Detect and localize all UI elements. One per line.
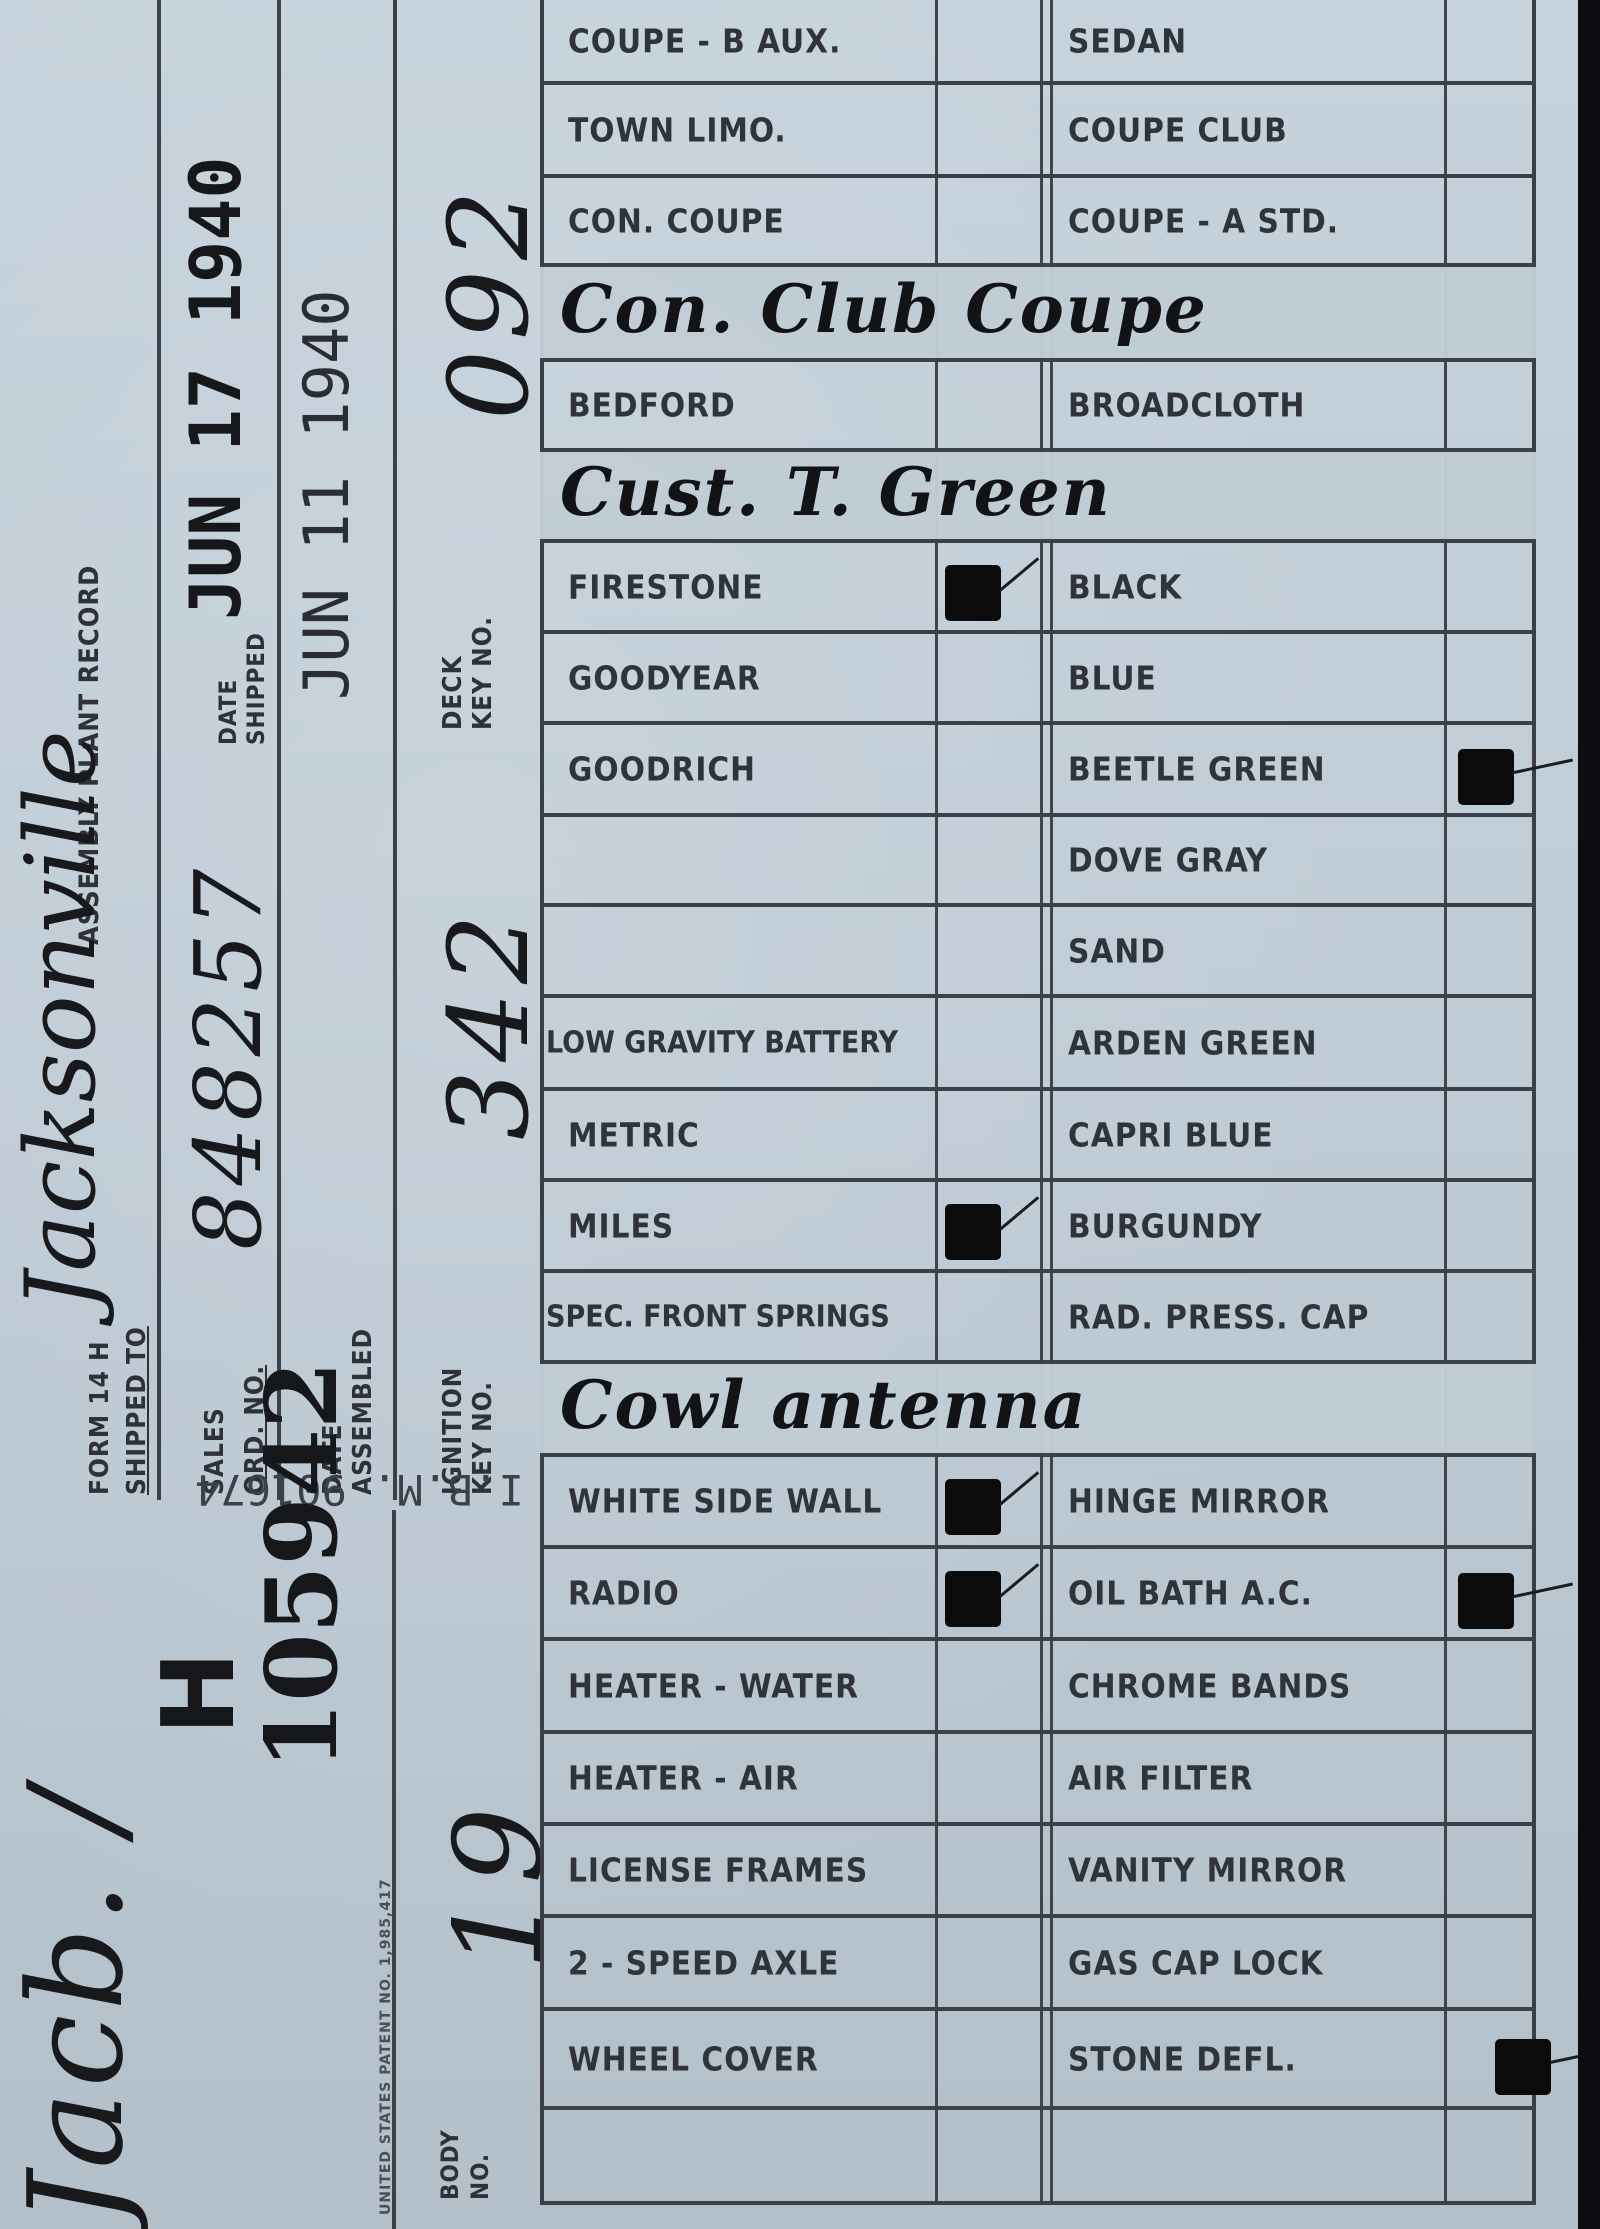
form-number-label: FORM 14 H — [85, 1340, 115, 1495]
handwritten-entry: Cust. T. Green — [560, 453, 1112, 531]
right-option-label: BEETLE GREEN — [1068, 750, 1326, 789]
handwritten-entry: Con. Club Coupe — [560, 270, 1208, 348]
left-option-label: LOW GRAVITY BATTERY — [546, 1025, 898, 1060]
left-option-label: COUPE - B AUX. — [568, 21, 841, 60]
left-option-label: SPEC. FRONT SPRINGS — [546, 1299, 890, 1334]
handwritten-note: Jacb. / — [0, 1785, 152, 2225]
left-option-label: LICENSE FRAMES — [568, 1851, 868, 1890]
deck-key-label: DECKKEY NO. — [438, 616, 498, 730]
option-row: 2 - SPEED AXLEGAS CAP LOCK — [540, 1918, 1536, 2011]
right-option-label: BLUE — [1068, 658, 1157, 697]
left-option-label: TOWN LIMO. — [568, 110, 787, 149]
option-row: Cowl antenna — [540, 1364, 1536, 1457]
card-edge-shadow — [1578, 0, 1600, 2229]
right-option-label: OIL BATH A.C. — [1068, 1574, 1313, 1613]
right-option-label: COUPE - A STD. — [1068, 201, 1339, 240]
right-option-label: BLACK — [1068, 567, 1182, 606]
option-row: HEATER - WATERCHROME BANDS — [540, 1641, 1536, 1734]
left-check-mark[interactable] — [945, 1571, 1001, 1627]
left-check-mark[interactable] — [945, 1479, 1001, 1535]
right-check-mark[interactable] — [1495, 2039, 1551, 2095]
deck-key-value-part1: 342 — [425, 906, 553, 1140]
option-row: BEDFORDBROADCLOTH — [540, 362, 1536, 452]
check-tick-line — [999, 557, 1039, 591]
option-row: HEATER - AIRAIR FILTER — [540, 1734, 1536, 1826]
options-grid: COUPE - B AUX.SEDANTOWN LIMO.COUPE CLUBC… — [540, 0, 1536, 2205]
right-option-label: BROADCLOTH — [1068, 386, 1305, 425]
left-option-label: BEDFORD — [568, 386, 736, 425]
serial-number: 105942 — [245, 1361, 360, 1770]
option-row: DOVE GRAY — [540, 817, 1536, 907]
right-option-label: STONE DEFL. — [1068, 2039, 1297, 2078]
option-row: METRICCAPRI BLUE — [540, 1091, 1536, 1182]
shipped-to-label: SHIPPED TO — [122, 1326, 152, 1495]
check-tick-line — [999, 1196, 1039, 1230]
left-option-label: FIRESTONE — [568, 567, 763, 606]
left-option-label: HEATER - AIR — [568, 1759, 799, 1798]
date-shipped-label: DATESHIPPED — [214, 632, 270, 745]
option-row: SPEC. FRONT SPRINGSRAD. PRESS. CAP — [540, 1273, 1536, 1364]
left-option-label: WHITE SIDE WALL — [568, 1482, 882, 1521]
left-option-label: GOODRICH — [568, 750, 756, 789]
header-divider-3 — [393, 0, 397, 1500]
option-row: GOODRICHBEETLE GREEN — [540, 725, 1536, 817]
right-option-label: SAND — [1068, 931, 1166, 970]
option-row: TOWN LIMO.COUPE CLUB — [540, 85, 1536, 178]
header-divider-1 — [157, 0, 161, 1500]
option-row: FIRESTONEBLACK — [540, 543, 1536, 634]
check-tick-line — [999, 1563, 1039, 1597]
left-option-label: METRIC — [568, 1115, 700, 1154]
option-row: RADIOOIL BATH A.C. — [540, 1549, 1536, 1641]
option-row: SAND — [540, 907, 1536, 998]
left-option-label: HEATER - WATER — [568, 1666, 859, 1705]
serial-prefix: H — [140, 1651, 257, 1735]
patent-notice: UNITED STATES PATENT NO. 1,985,417 — [378, 1878, 394, 2215]
option-row: LOW GRAVITY BATTERYARDEN GREEN — [540, 998, 1536, 1091]
body-number-label: BODYNO. — [435, 2129, 495, 2200]
right-check-mark[interactable] — [1458, 749, 1514, 805]
option-row — [540, 2110, 1536, 2205]
option-row: LICENSE FRAMESVANITY MIRROR — [540, 1826, 1536, 1918]
check-tick-line — [999, 1471, 1039, 1505]
left-option-label: WHEEL COVER — [568, 2039, 819, 2078]
check-tick-line — [1514, 759, 1573, 774]
right-check-mark[interactable] — [1458, 1573, 1514, 1629]
right-option-label: CHROME BANDS — [1068, 1666, 1351, 1705]
option-row: CON. COUPECOUPE - A STD. — [540, 178, 1536, 267]
sales-order-value: 848257 — [175, 863, 282, 1250]
right-option-label: AIR FILTER — [1068, 1759, 1253, 1798]
option-row: Cust. T. Green — [540, 452, 1536, 543]
left-option-label: CON. COUPE — [568, 201, 785, 240]
option-row: WHITE SIDE WALLHINGE MIRROR — [540, 1457, 1536, 1549]
left-check-mark[interactable] — [945, 565, 1001, 621]
header-divider-2 — [277, 0, 281, 1500]
option-row: MILESBURGUNDY — [540, 1182, 1536, 1273]
right-option-label: CAPRI BLUE — [1068, 1115, 1274, 1154]
left-option-label: RADIO — [568, 1574, 680, 1613]
option-row: Con. Club Coupe — [540, 267, 1536, 362]
option-row: WHEEL COVERSTONE DEFL. — [540, 2011, 1536, 2110]
right-option-label: COUPE CLUB — [1068, 110, 1288, 149]
right-option-label: HINGE MIRROR — [1068, 1482, 1330, 1521]
left-option-label: 2 - SPEED AXLE — [568, 1943, 839, 1982]
right-option-label: VANITY MIRROR — [1068, 1851, 1347, 1890]
deck-key-value-part2: 092 — [425, 180, 553, 420]
right-option-label: RAD. PRESS. CAP — [1068, 1297, 1369, 1336]
right-option-label: SEDAN — [1068, 21, 1187, 60]
right-option-label: GAS CAP LOCK — [1068, 1943, 1324, 1982]
right-option-label: DOVE GRAY — [1068, 841, 1268, 880]
date-assembled-value: JUN 11 1940 — [290, 289, 363, 700]
left-option-label: GOODYEAR — [568, 658, 761, 697]
check-tick-line — [1514, 1583, 1573, 1598]
right-option-label: BURGUNDY — [1068, 1206, 1263, 1245]
left-option-label: MILES — [568, 1206, 674, 1245]
option-row: COUPE - B AUX.SEDAN — [540, 0, 1536, 85]
right-option-label: ARDEN GREEN — [1068, 1023, 1318, 1062]
left-check-mark[interactable] — [945, 1204, 1001, 1260]
build-card: FORM 14 H SHIPPED TO ASSEMBLY PLANT RECO… — [0, 0, 1578, 2229]
option-row: GOODYEARBLUE — [540, 634, 1536, 725]
handwritten-entry: Cowl antenna — [560, 1366, 1087, 1444]
date-shipped-value: JUN 17 1940 — [175, 156, 257, 620]
shipped-to-value: Jacksonville — [5, 730, 117, 1310]
